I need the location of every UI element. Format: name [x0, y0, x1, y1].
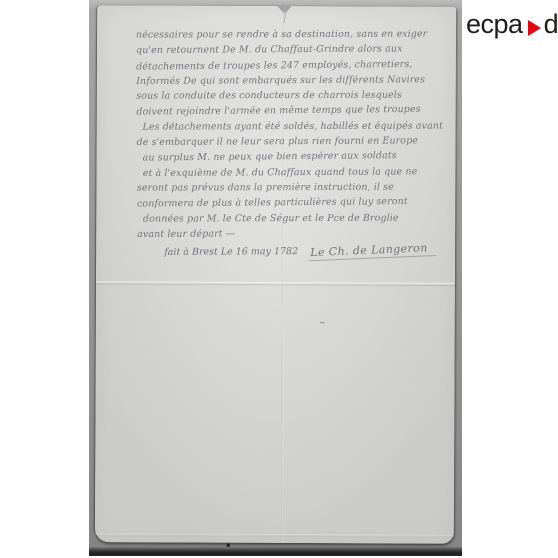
play-triangle-icon: [528, 20, 541, 36]
handwritten-text-block: nécessaires pour se rendre à sa destinat…: [136, 26, 455, 260]
manuscript-line: nécessaires pour se rendre à sa destinat…: [136, 27, 454, 43]
manuscript-line: données par M. le Cte de Ségur et le Pce…: [137, 210, 455, 226]
letter-paper: nécessaires pour se rendre à sa destinat…: [95, 5, 456, 544]
dateline-row: fait à Brest Le 16 may 1782 Le Ch. de La…: [164, 243, 455, 260]
document-photograph: nécessaires pour se rendre à sa destinat…: [89, 0, 462, 556]
paper-mark: [320, 322, 325, 323]
dateline-text: fait à Brest Le 16 may 1782: [164, 246, 298, 258]
horizontal-fold-crease: [96, 281, 455, 287]
manuscript-line: avant leur départ —: [137, 225, 455, 242]
manuscript-line: Informés De qui sont embarqués sur les d…: [136, 72, 454, 89]
photo-background-bottom-band: [89, 547, 462, 556]
manuscript-line: Les détachements ayant été soldés, habil…: [136, 118, 454, 134]
manuscript-line: doivent rejoindre l'armée en même temps …: [136, 102, 454, 120]
manuscript-line: conformera de plus à telles particulière…: [137, 194, 455, 212]
logo-text-prefix: ecpa: [466, 11, 523, 38]
ecpad-logo: ecpa d: [466, 8, 558, 38]
lower-fold-crease: [95, 533, 454, 538]
signature: Le Ch. de Langeron: [308, 241, 436, 261]
paper-speck: [227, 544, 230, 547]
logo-text-suffix: d: [544, 11, 558, 38]
manuscript-line: et à l'exquième de M. du Chaffaux quand …: [137, 164, 455, 181]
